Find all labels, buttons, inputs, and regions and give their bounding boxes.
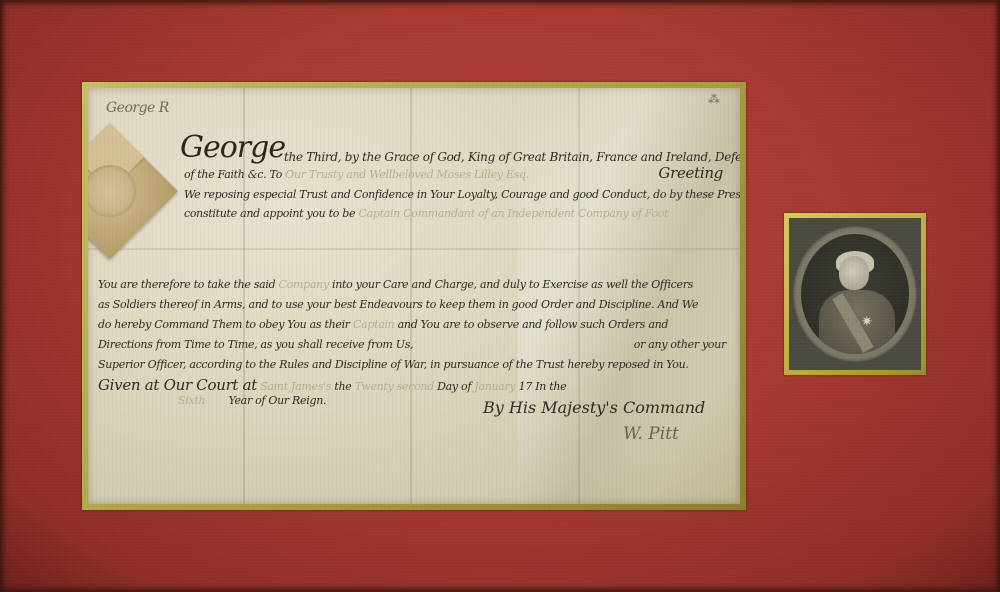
order-star-icon: ✷ <box>861 314 873 330</box>
royal-commission-document: George R ⁂ George the Third, by the Grac… <box>88 88 740 504</box>
corner-mark: ⁂ <box>708 92 720 106</box>
by-his-majestys-command: By His Majesty's Command <box>483 398 705 417</box>
countersignature: W. Pitt <box>623 424 679 444</box>
text-line-4: constitute and appoint you to be Captain… <box>184 207 668 220</box>
face <box>839 256 869 290</box>
greeting-word: Greeting <box>658 164 723 182</box>
text-line-1: the Third, by the Grace of God, King of … <box>284 150 740 164</box>
portrait-engraving: ✷ <box>789 218 921 370</box>
text-line-5: You are therefore to take the said Compa… <box>98 278 693 291</box>
portrait-medallion: ✷ <box>801 234 909 354</box>
text-line-11: Sixth Year of Our Reign. <box>178 394 326 407</box>
text-line-3: We reposing especial Trust and Confidenc… <box>184 188 740 201</box>
text-line-9: Superior Officer, according to the Rules… <box>98 358 689 371</box>
text-line-8: Directions from Time to Time, as you sha… <box>98 338 726 351</box>
text-line-6: as Soldiers thereof in Arms, and to use … <box>98 298 698 311</box>
picture-frame-mat: George R ⁂ George the Third, by the Grac… <box>0 0 1000 592</box>
text-line-2: of the Faith &c. To Our Trusty and Wellb… <box>184 168 729 181</box>
text-line-10: Given at Our Court at Saint James's the … <box>98 376 566 394</box>
royal-signature: George R <box>106 100 169 116</box>
paper-wafer-seal <box>88 123 178 259</box>
text-line-7: do hereby Command Them to obey You as th… <box>98 318 668 331</box>
opening-initial: George <box>180 130 285 165</box>
